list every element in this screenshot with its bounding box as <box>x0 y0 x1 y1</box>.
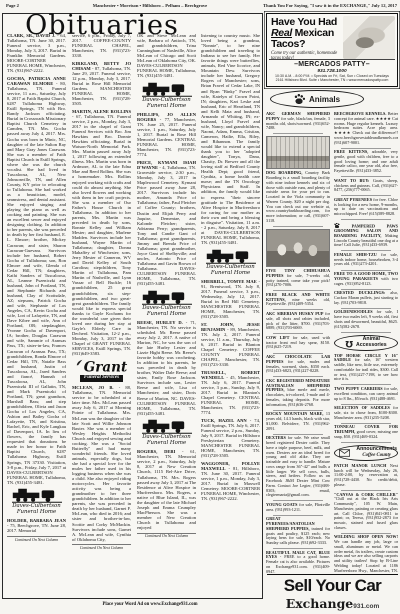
classified-text: Country Bark Boarding is a small boardin… <box>266 170 330 223</box>
continued-note: Continued On Next Column <box>72 544 131 551</box>
classified-ad: BEECHGROVE KENNELS. Better concept for a… <box>334 112 398 149</box>
funeral-home-name-line2: Funeral Home <box>7 509 66 515</box>
obituary-entry: REESE, HURLEY D. - 71, Manchester, TN. N… <box>137 320 196 416</box>
animals-section-badge: Animals <box>270 90 364 108</box>
paw-icon <box>334 223 340 229</box>
classified-ad: TWO PUPPY CARRIERS for sale, excellent c… <box>334 387 398 405</box>
obituary-text: - 81, Hillsboro, TN. June 30, 2017. Fune… <box>201 466 260 501</box>
classified-ad: GREAT PYRENEES for free. Chloe is lookin… <box>334 198 398 220</box>
classified-ad: FREE BLACK AND WHITE KITTENS, nine weeks… <box>266 293 330 311</box>
obituary-entry: CLARK, SR., DAVID J. - 64, Tullahoma, TN… <box>7 33 66 73</box>
daves-culbertson-logo: Daves-Culbertson Funeral Home <box>7 487 66 515</box>
classified-ad: DEXTERS for sale. We raise small breed r… <box>266 436 330 501</box>
obituary-text: - 91, Brentwood, TN. July 8, 2017. Funer… <box>201 279 260 319</box>
classified-ad: FREE KITTENS, adorable, very gentle, goo… <box>334 150 398 177</box>
obituary-text: OK and Steve McLean and wife, Barbara of… <box>137 33 196 78</box>
obituary-text: - 67, Tullahoma, TN. Funeral service, 2 … <box>72 114 131 356</box>
obituary-entry: KIRKLAND, BETTY JO CHISAM - 87, Tullahom… <box>72 61 131 106</box>
animals-section-label: Animals <box>309 95 340 104</box>
classified-ad: PAMPERED PAWS GROOMING SALON AND BOARDIN… <box>334 222 398 252</box>
classified-ad: WELDING SHOP OPEN NOW! We can handle any… <box>334 535 398 573</box>
badge-line2: Coffee County <box>356 453 397 458</box>
classified-ad: TOP HORSE CIRCLE Y 16" SADDLE for sale, … <box>334 354 398 386</box>
classified-ad: YOUNG GOATS for sale, Flintville area. (… <box>266 503 330 516</box>
classified-photo <box>266 136 330 169</box>
obituary-entry: ROGERS, DEBI - 61, Manchester, TN. Memor… <box>137 449 196 530</box>
taco-photo <box>343 16 395 59</box>
daves-culbertson-logo: Daves-Culbertson Funeral Home <box>137 418 196 446</box>
obituary-text: - 77, Manchester, TN. June 25, 2017. Fun… <box>137 117 196 157</box>
obituary-text: - 75, Beechgrove, TN. June 28, 2017. Mem… <box>7 523 66 533</box>
obituary-text: - 45, Manchester, TN. July 6, 2017. Fune… <box>201 375 260 415</box>
obituary-column-3: OK and Steve McLean and wife, Barbara of… <box>137 33 196 595</box>
obituary-text: - 89, Manchester, TN. July 2, 2017. Fune… <box>201 327 260 367</box>
exchange-logo: Exchange931.com <box>267 595 398 613</box>
grant-name-text: Grant <box>84 359 127 375</box>
obituary-continuation: OK and Steve McLean and wife, Barbara of… <box>137 33 196 78</box>
funeral-home-name-line2: Funeral Home <box>201 270 260 276</box>
obituary-text: - 80, Tullahoma, TN. Funeral service, 11… <box>7 81 66 485</box>
obituary-text: - 88, Tullahoma, TN. Memorial service to… <box>72 385 131 541</box>
region-line: Manchester • Morrison • Hillsboro – Pelh… <box>55 3 245 8</box>
animal-accessories-badge: Ω AnimalAccessories <box>334 335 398 351</box>
classified-ad: FIVE TINY CHIHUAHUA PUPPIES for sale, 7-… <box>266 269 330 291</box>
grant-bar-text: Funeral Services <box>80 375 123 382</box>
taco-ad-mexican: Mexican <box>292 27 334 39</box>
obituary-continuation: listening to country music. She loved be… <box>201 33 260 245</box>
continued-note: Continued On Next Column <box>137 533 196 540</box>
classified-ad: ROCKY MOUNTAIN MARE, 13 years old, 14.3 … <box>266 412 330 434</box>
obituary-text: - 61, Manchester, TN. Memorial service, … <box>137 449 196 530</box>
exchange-brand-text: Exchange <box>286 596 354 611</box>
paw-icon <box>294 94 305 104</box>
classified-ad: FEMALE SHIH-TZU for sale, needs indoor h… <box>334 253 398 271</box>
badge-line2: Accessories <box>356 343 387 349</box>
obituaries-section: Obituaries CLARK, SR., DAVID J. - 64, Tu… <box>2 13 263 599</box>
obituary-text: - 71, Manchester, TN. No service is sche… <box>137 320 196 416</box>
horseshoe-icon: Ω <box>345 338 353 347</box>
classified-text: for sale. We raise small breed registere… <box>266 435 330 497</box>
classified-ad: GOLDENDOODLES for sale, I have two males… <box>334 310 398 332</box>
funeral-coach-icon <box>142 289 192 305</box>
obituary-text: - 74, Estill Springs, TN. July 6, 2017. … <box>201 418 260 458</box>
classified-ad: GREAT PYRENEES/ANATOLIAN SHEPHERD PUPPIE… <box>266 517 330 549</box>
obituary-text: service, 6 p.m., Friday, July 7, 2017. C… <box>72 33 131 58</box>
funeral-home-name-line2: Funeral Home <box>137 311 196 317</box>
funeral-coach-icon <box>142 81 192 97</box>
obituary-continuation: service, 6 p.m., Friday, July 7, 2017. C… <box>72 33 131 58</box>
classified-ad: CRESTED DUCKLINGS: also, Cuckoo Maran pu… <box>334 291 398 309</box>
obituary-entry: HOLDER, BARBARA JEAN - 75, Beechgrove, T… <box>7 518 66 533</box>
funeral-home-name: Daves-Culbertson <box>137 305 196 311</box>
classified-ad: WANT TO BUY: Goats, sheep, chickens and … <box>334 179 398 197</box>
obituary-text: - 4, Tullahoma, TN. Graveside service, 2… <box>137 165 196 286</box>
obituary-entry: MARTIN, ALENE ROLLINS - 67, Tullahoma, T… <box>72 109 131 356</box>
mercados-patty-ad: Have You Had Real Mexican Tacos? Come tr… <box>266 13 398 87</box>
obituary-column-1: CLARK, SR., DAVID J. - 64, Tullahoma, TN… <box>7 33 66 595</box>
classified-ad: PATCH MANOR LUNCH Next lunch will be Wed… <box>334 464 398 491</box>
exchange-suffix-text: 931.com <box>353 603 379 610</box>
obituary-text: - 64, Tullahoma, TN. June 30, 2017. Fune… <box>7 33 66 73</box>
classified-text: We can handle any job, large or small, a… <box>334 539 398 573</box>
classified-ad: AKC GERMAN SHEPHERD PUPPY for sale, blac… <box>266 112 330 134</box>
obituary-entry: PRICE, KYMANI ISIAH D'WAYNE - 4, Tullaho… <box>137 160 196 286</box>
classified-ad: AKC SIBERIAN HUSKY PUP for sale, all sho… <box>266 312 330 334</box>
funeral-coach-icon <box>12 487 62 503</box>
header-tagline: Thank You For Saying, "I saw it in the E… <box>263 3 397 8</box>
obituary-column-2: service, 6 p.m., Friday, July 7, 2017. C… <box>72 33 131 595</box>
classified-photo <box>266 229 330 267</box>
obituary-column-4: listening to country music. She loved be… <box>201 33 260 595</box>
sell-ad-headline: Sell Your Car <box>267 577 398 594</box>
classified-ad: FREE TO A GOOD HOME, TWO YOUNG PARAKEETS… <box>334 272 398 290</box>
funeral-home-name-line2: Funeral Home <box>137 440 196 446</box>
funeral-coach-icon <box>142 418 192 434</box>
funeral-home-name: Daves-Culbertson <box>201 264 260 270</box>
taco-ad-line3: Tacos? <box>271 39 343 50</box>
obituary-entry: MCLEAN, JO B. - 88, Tullahoma, TN. Memor… <box>72 385 131 541</box>
classified-ad: COW LIFT for sale, used with tractor fro… <box>266 336 330 354</box>
sell-your-car-ad: Sell Your Car Exchange931.com <box>267 574 398 614</box>
grant-funeral-services-logo: Grant Funeral Services <box>72 359 131 382</box>
taco-address: 2161 Hillsboro Blvd. Suite • Manchester,… <box>269 78 395 82</box>
obituary-entry: TUCK, HAZEL ANN - 74, Estill Springs, TN… <box>201 418 260 458</box>
classified-text: Better concept for animal care. ★★★★ Cat… <box>334 112 398 145</box>
funeral-home-name-line2: Funeral Home <box>137 103 196 109</box>
obituary-entry: GOCHA, PATRICIA ANNE CARAWAN ELMORE - 80… <box>7 76 66 485</box>
classified-ad: CKC REGISTERED MINIATURE AUSTRALIAN SHEP… <box>266 379 330 411</box>
obituary-entry: TRUSSELL, ROBERT WENDELL - 45, Mancheste… <box>201 370 260 415</box>
classifieds-right-column: BEECHGROVE KENNELS. Better concept for a… <box>334 112 398 573</box>
obituary-text: listening to country music. She loved be… <box>201 33 260 245</box>
word-ad-footer: Place your Word Ad on www.Exchange931.co… <box>75 602 225 608</box>
obituary-entry: PHILLIPS, JO ALLEN ROGERS - 77, Manchest… <box>137 112 196 157</box>
classified-ad: "CANVAS & CORK CHILLER" "Chill out at th… <box>334 493 398 534</box>
obituary-text: - 87, Tullahoma, TN. June 29, 2017. Fune… <box>72 66 131 106</box>
obituary-entry: WAGGONER, POLLYE MAXWELL - 81, Hillsboro… <box>201 461 260 501</box>
funeral-coach-icon <box>206 248 256 264</box>
classified-lead: GREAT PYRENEES/ANATOLIAN SHEPHERD PUPPIE… <box>266 516 315 531</box>
taco-ad-line2: Real Mexican <box>271 28 343 39</box>
classified-ad: DOG BOARDING, Country Bark Boarding is a… <box>266 171 330 227</box>
daves-culbertson-logo: Daves-Culbertson Funeral Home <box>201 248 260 276</box>
leaf-flourish-icon <box>76 359 83 366</box>
classifieds-left-column: AKC GERMAN SHEPHERD PUPPY for sale, blac… <box>266 112 330 573</box>
obituary-entry: ST. JOHN, JESSE BENJAMIN - 89, Mancheste… <box>201 322 260 367</box>
classified-ad: AKC CHOCOLATE LAB PUPPIES for sale, male… <box>266 355 330 377</box>
page-number: Page 2 <box>6 3 19 8</box>
classified-ad: SELECTION OF SADDLES for sale, six to ch… <box>334 406 398 424</box>
daves-culbertson-logo: Daves-Culbertson Funeral Home <box>137 81 196 109</box>
classified-ad: BEAUTIFUL MALE CAT, BLUE EYES - FREE to … <box>266 551 330 573</box>
classified-text: "Chill out at the Black Iris Arts Commun… <box>334 496 398 530</box>
obituary-entry: SHERRILL, TOMYE MAE - 91, Brentwood, TN.… <box>201 279 260 319</box>
envelope-icon <box>339 449 350 457</box>
continued-note: Continued On Next Column <box>7 536 66 543</box>
taco-business-name: –MERCADOS PATTY– <box>269 61 395 69</box>
taco-ad-real: Real <box>271 27 292 39</box>
taco-ad-tagline: Come try our authentic, homemade tacos t… <box>271 51 343 61</box>
daves-culbertson-logo: Daves-Culbertson Funeral Home <box>137 289 196 317</box>
classified-ad: TONNEAU COVER FOR TRIUMPH, good cover, m… <box>334 425 398 443</box>
announcements-badge: AnnouncementsCoffee County <box>334 445 398 461</box>
